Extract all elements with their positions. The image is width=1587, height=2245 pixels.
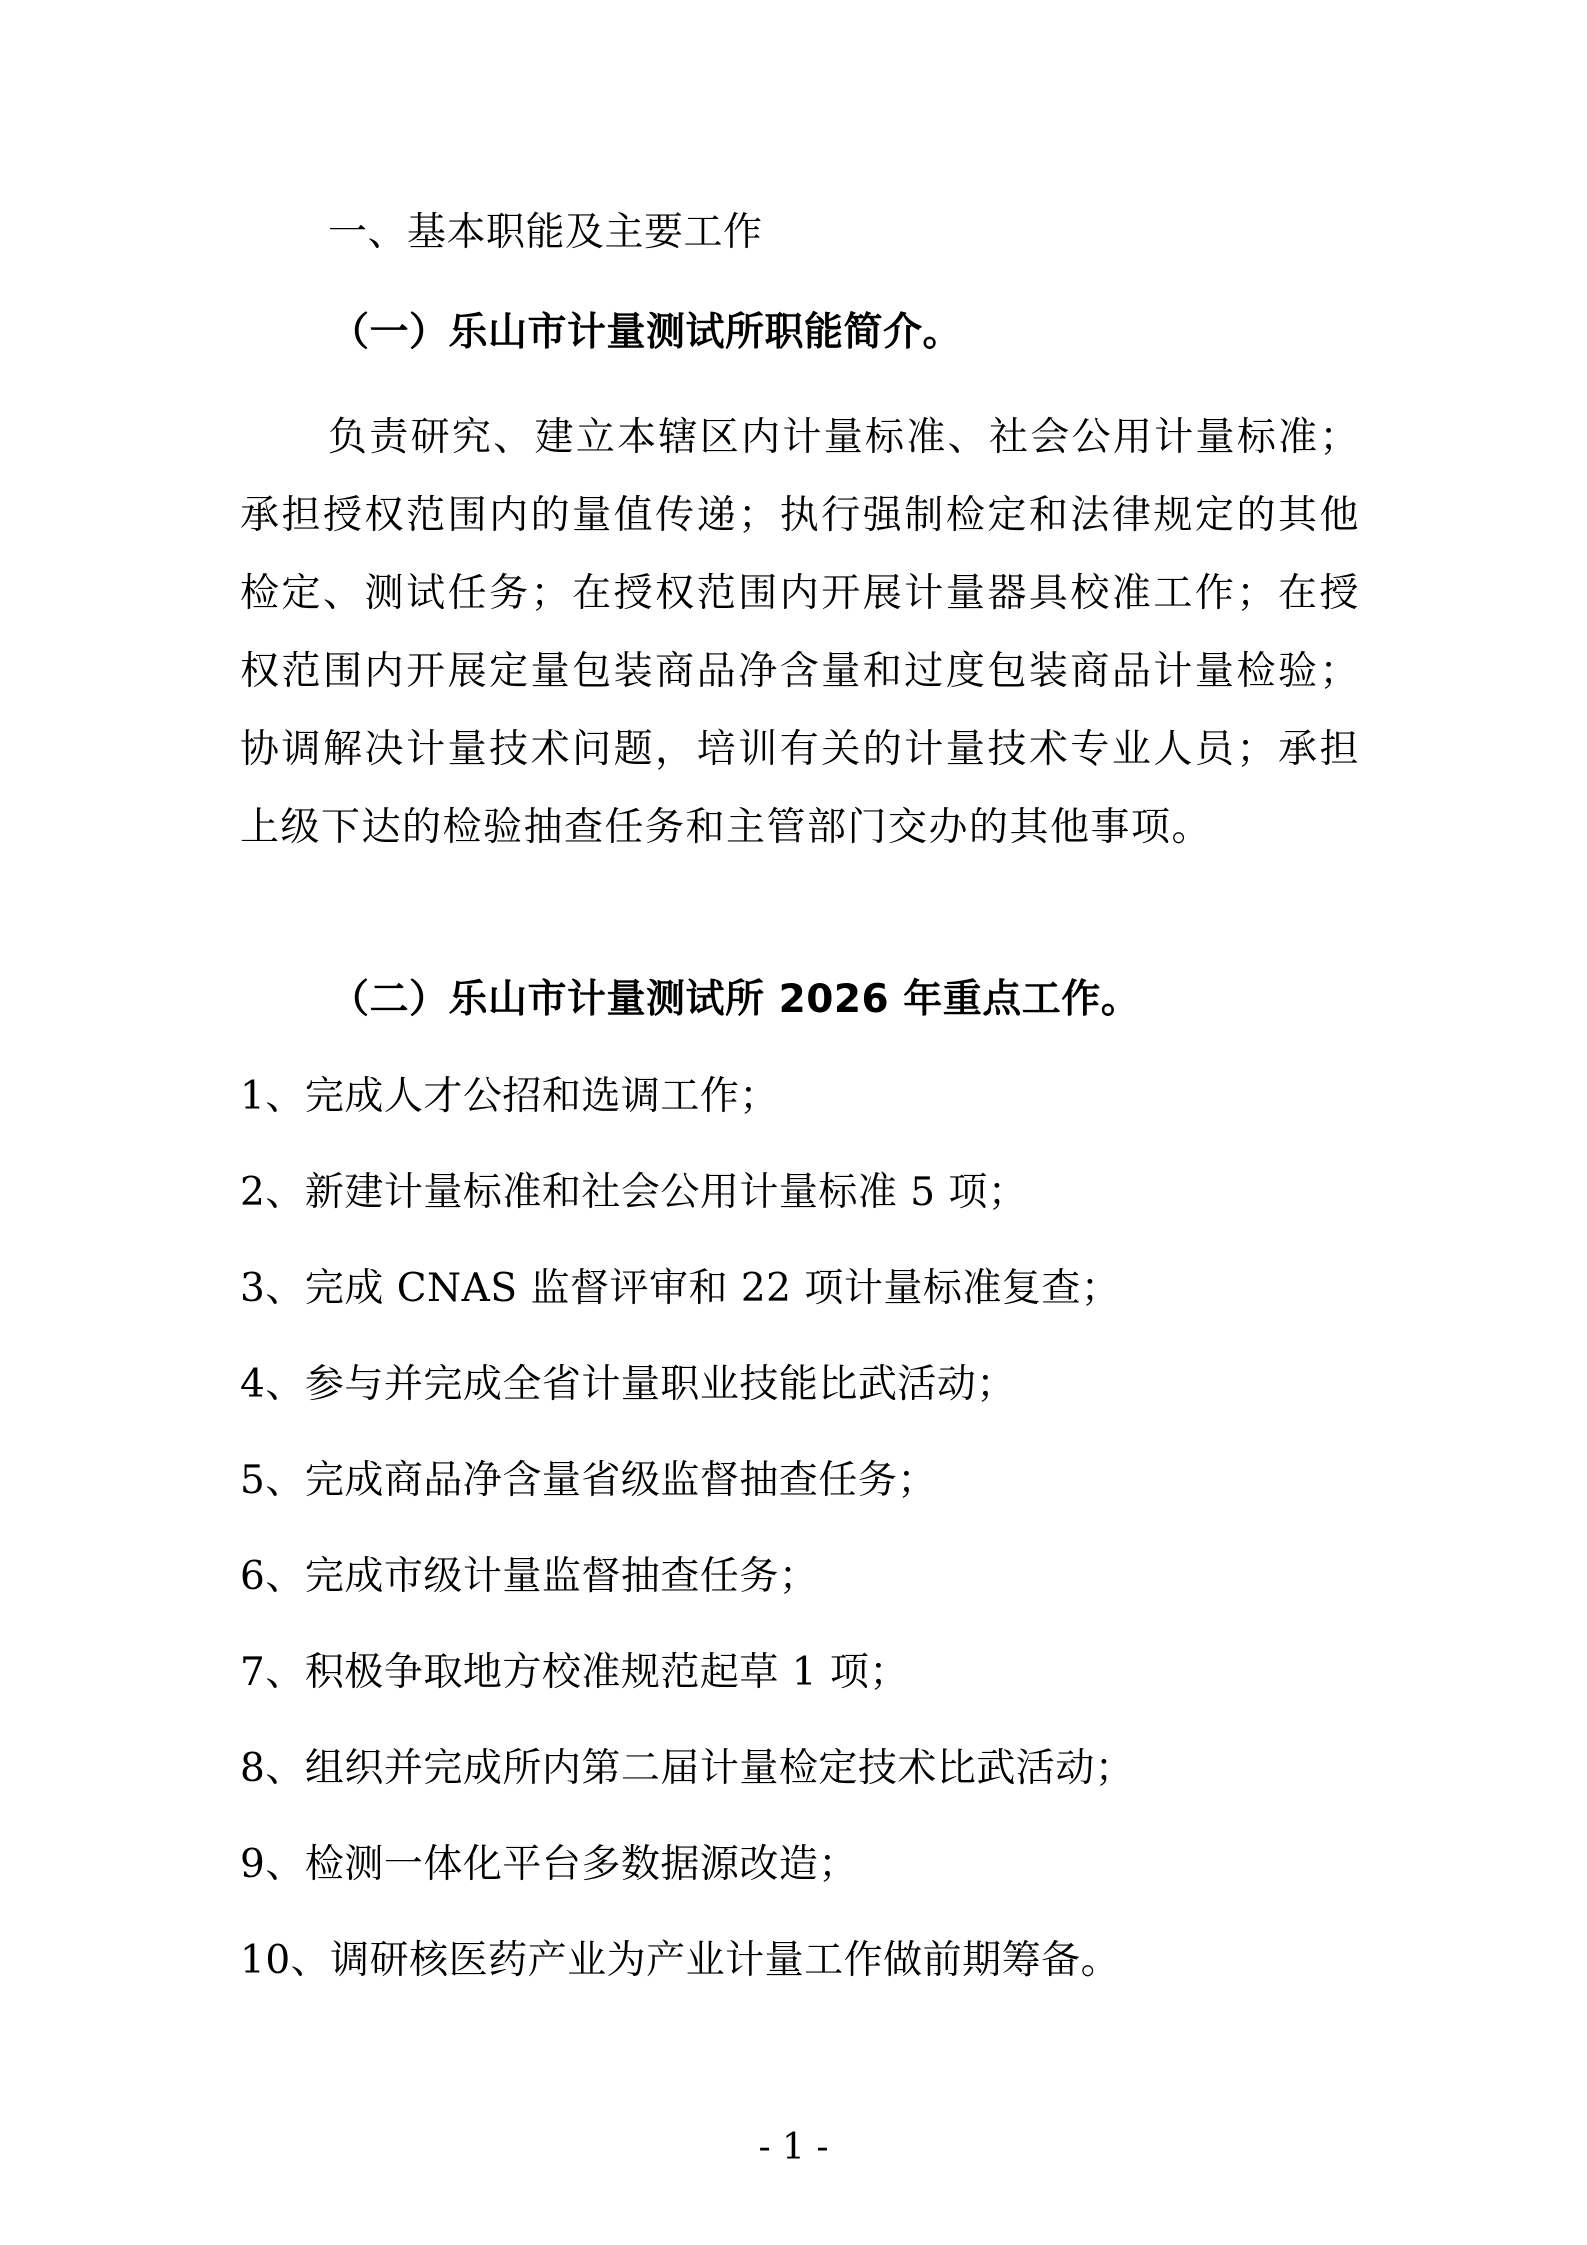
subsection-title-1: （一）乐山市计量测试所职能简介。 <box>330 309 1450 357</box>
list-item: 1、完成人才公招和选调工作； <box>240 1073 1360 1121</box>
list-item: 2、新建计量标准和社会公用计量标准 5 项； <box>240 1169 1360 1217</box>
list-item: 4、参与并完成全省计量职业技能比武活动； <box>240 1361 1360 1409</box>
page-number: - 1 - <box>0 2124 1587 2172</box>
list-item: 7、积极争取地方校准规范起草 1 项； <box>240 1649 1360 1697</box>
list-item: 6、完成市级计量监督抽查任务； <box>240 1553 1360 1601</box>
functions-paragraph: 负责研究、建立本辖区内计量标准、社会公用计量标准；承担授权范围内的量值传递；执行… <box>240 399 1360 867</box>
list-item: 3、完成 CNAS 监督评审和 22 项计量标准复查； <box>240 1265 1360 1313</box>
list-item: 5、完成商品净含量省级监督抽查任务； <box>240 1457 1360 1505</box>
list-item: 8、组织并完成所内第二届计量检定技术比武活动； <box>240 1745 1360 1793</box>
section-heading: 一、基本职能及主要工作 <box>328 209 1448 257</box>
subsection-title-2: （二）乐山市计量测试所 2026 年重点工作。 <box>330 976 1450 1024</box>
list-item: 9、检测一体化平台多数据源改造； <box>240 1841 1360 1889</box>
list-item: 10、调研核医药产业为产业计量工作做前期筹备。 <box>240 1937 1360 1985</box>
